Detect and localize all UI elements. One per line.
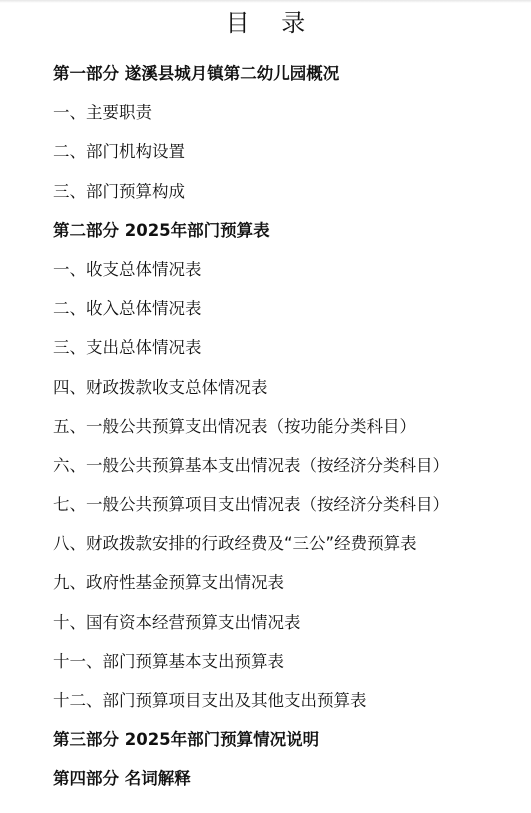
toc-item: 九、政府性基金预算支出情况表 <box>53 571 449 610</box>
toc-item: 六、一般公共预算基本支出情况表（按经济分类科目） <box>53 454 449 493</box>
page-title: 目 录 <box>0 8 531 38</box>
toc-part-2: 第二部分 2025年部门预算表 <box>53 219 449 258</box>
toc-item: 五、一般公共预算支出情况表（按功能分类科目） <box>53 415 449 454</box>
toc-item: 三、支出总体情况表 <box>53 336 449 375</box>
toc-item: 三、部门预算构成 <box>53 180 449 219</box>
toc-part-3: 第三部分 2025年部门预算情况说明 <box>53 728 449 767</box>
toc-item: 二、部门机构设置 <box>53 140 449 179</box>
toc-item: 四、财政拨款收支总体情况表 <box>53 376 449 415</box>
toc-part-1: 第一部分 遂溪县城月镇第二幼儿园概况 <box>53 62 449 101</box>
table-of-contents: 第一部分 遂溪县城月镇第二幼儿园概况 一、主要职责 二、部门机构设置 三、部门预… <box>53 62 449 807</box>
toc-item: 七、一般公共预算项目支出情况表（按经济分类科目） <box>53 493 449 532</box>
toc-item: 十、国有资本经营预算支出情况表 <box>53 611 449 650</box>
toc-item: 八、财政拨款安排的行政经费及“三公”经费预算表 <box>53 532 449 571</box>
toc-part-4: 第四部分 名词解释 <box>53 767 449 806</box>
toc-item: 十二、部门预算项目支出及其他支出预算表 <box>53 689 449 728</box>
toc-item: 一、收支总体情况表 <box>53 258 449 297</box>
toc-item: 十一、部门预算基本支出预算表 <box>53 650 449 689</box>
toc-item: 二、收入总体情况表 <box>53 297 449 336</box>
toc-item: 一、主要职责 <box>53 101 449 140</box>
page-top-shadow <box>0 0 531 3</box>
